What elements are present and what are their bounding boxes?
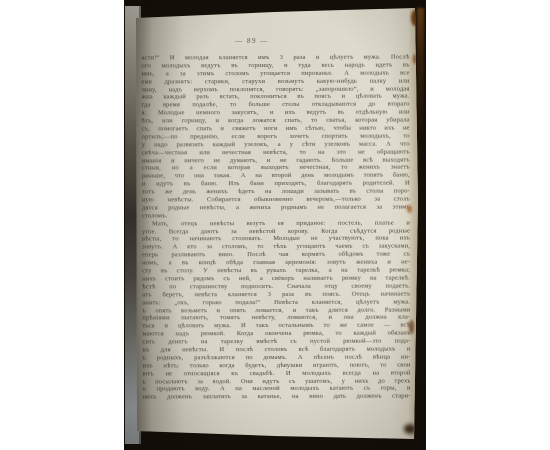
text-line: нихъ долженъ заплатить за катанье, на ви…	[143, 393, 411, 402]
page-number: — 89 —	[192, 37, 312, 45]
binding-residue	[417, 8, 424, 133]
text-line: анить: „охъ, горько подала!“ Невѣста кла…	[142, 298, 410, 307]
edge-stain	[404, 424, 416, 434]
book-photo: — 89 — асти!“ И молодая кланяется имъ 3 …	[124, 0, 426, 450]
book-page: — 89 — асти!“ И молодая кланяется имъ 3 …	[124, 0, 426, 450]
text-line: дятся родные невѣсты, а жениха роднымъ н…	[142, 203, 410, 212]
text-block: асти!“ И молодая кланяется имъ 3 раза и …	[141, 54, 410, 402]
edge-stain	[409, 320, 414, 334]
edge-stain	[407, 205, 412, 213]
white-canvas: — 89 — асти!“ И молодая кланяется имъ 3 …	[0, 0, 550, 450]
